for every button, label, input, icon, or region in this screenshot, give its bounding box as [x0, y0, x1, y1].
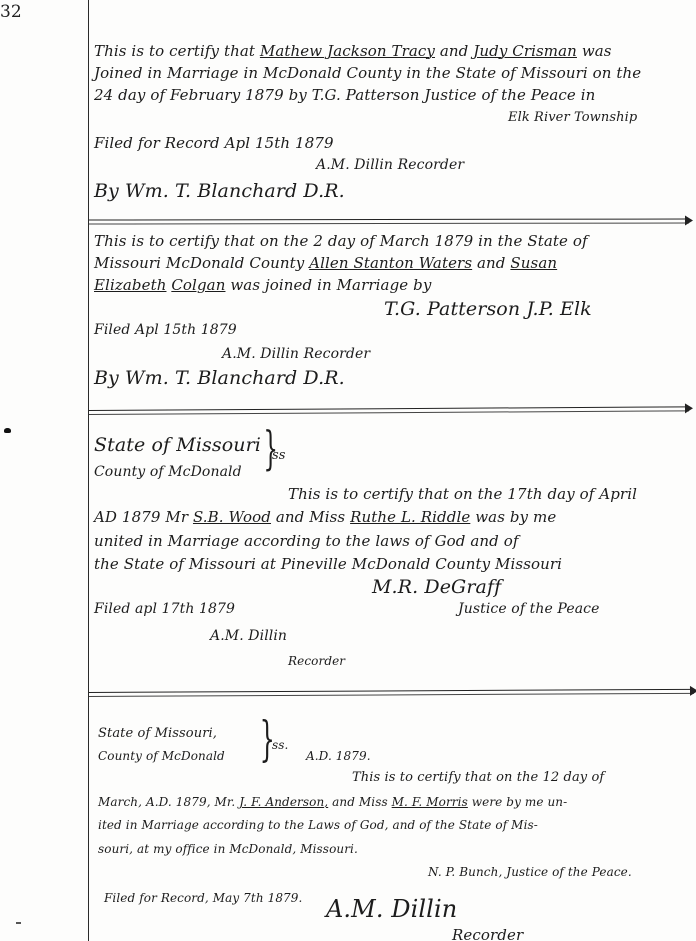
- record-4-venue-ss: ss.: [272, 738, 288, 752]
- divider-arrow-icon: [690, 686, 696, 696]
- line-text: was joined in Marriage by: [225, 276, 431, 294]
- line-text: Missouri McDonald County: [94, 254, 309, 272]
- line-text: were by me un-: [468, 795, 567, 809]
- line-text: and: [435, 42, 473, 60]
- recorded-name: Judy Crisman: [473, 42, 577, 60]
- line-text: ited in Marriage according to the Laws o…: [98, 818, 538, 832]
- recorded-name: Mathew Jackson Tracy: [260, 42, 435, 60]
- record-3-officiant-title: Justice of the Peace: [458, 601, 599, 617]
- record-2-recorder: A.M. Dillin Recorder: [222, 346, 370, 362]
- recorded-name: Susan: [510, 254, 557, 272]
- record-3-recorder-title: Recorder: [288, 654, 345, 668]
- page-number: 32: [0, 2, 22, 22]
- section-divider: [89, 689, 694, 697]
- recorded-name: J. F. Anderson,: [239, 795, 328, 809]
- record-3-venue-county: County of McDonald: [94, 464, 242, 480]
- record-3-venue-ss: ss: [272, 448, 286, 463]
- record-3-recorder: A.M. Dillin: [210, 628, 287, 644]
- record-2-line-2: Missouri McDonald County Allen Stanton W…: [94, 254, 557, 272]
- recorded-name: Ruthe L. Riddle: [350, 508, 470, 526]
- record-4-line-2: March, A.D. 1879, Mr. J. F. Anderson, an…: [98, 795, 567, 809]
- record-4-date: A.D. 1879.: [306, 749, 371, 763]
- record-4-recorder: A.M. Dillin: [326, 895, 457, 923]
- line-text: the State of Missouri at Pineville McDon…: [94, 555, 562, 573]
- record-4-line-4: souri, at my office in McDonald, Missour…: [98, 842, 358, 856]
- line-text: This is to certify that: [94, 42, 260, 60]
- record-3-line-3: united in Marriage according to the laws…: [94, 532, 519, 550]
- record-3-venue-state: State of Missouri: [94, 434, 261, 456]
- recorded-name: M. F. Morris: [392, 795, 468, 809]
- margin-rule: [88, 0, 89, 941]
- record-4-officiant: N. P. Bunch, Justice of the Peace.: [428, 865, 632, 879]
- line-text: 24 day of February 1879 by T.G. Patterso…: [94, 86, 595, 104]
- record-2-line-3: Elizabeth Colgan was joined in Marriage …: [94, 276, 431, 294]
- record-4-line-1: This is to certify that on the 12 day of: [352, 770, 604, 785]
- line-text: Joined in Marriage in McDonald County in…: [94, 64, 641, 82]
- line-text: and Miss: [271, 508, 350, 526]
- line-text: AD 1879 Mr: [94, 508, 193, 526]
- line-text: was: [577, 42, 612, 60]
- record-1-deputy: By Wm. T. Blanchard D.R.: [94, 180, 345, 202]
- recorded-name: Allen Stanton Waters: [309, 254, 472, 272]
- section-divider: [89, 406, 689, 415]
- section-divider: [89, 218, 689, 224]
- recorded-name: Elizabeth: [94, 276, 166, 294]
- record-2-officiant: T.G. Patterson J.P. Elk: [384, 298, 592, 320]
- line-text: This is to certify that on the 17th day …: [288, 485, 637, 503]
- line-text: This is to certify that on the 2 day of …: [94, 232, 588, 250]
- divider-arrow-icon: [685, 215, 693, 225]
- line-text: souri, at my office in McDonald, Missour…: [98, 842, 358, 856]
- record-1-line-3: 24 day of February 1879 by T.G. Patterso…: [94, 86, 595, 104]
- record-1-line-2: Joined in Marriage in McDonald County in…: [94, 64, 641, 82]
- record-1-line-1: This is to certify that Mathew Jackson T…: [94, 42, 612, 60]
- record-4-filed: Filed for Record, May 7th 1879.: [104, 891, 302, 905]
- record-4-venue-state: State of Missouri,: [98, 726, 217, 741]
- ledger-page: 32 This is to certify that Mathew Jackso…: [0, 0, 696, 941]
- line-text: and: [472, 254, 510, 272]
- record-3-line-1: This is to certify that on the 17th day …: [288, 485, 637, 503]
- line-text: united in Marriage according to the laws…: [94, 532, 519, 550]
- line-text: Elk River Township: [508, 110, 637, 125]
- record-1-filed: Filed for Record Apl 15th 1879: [94, 134, 334, 152]
- record-3-officiant: M.R. DeGraff: [372, 576, 501, 598]
- record-1-line-4: Elk River Township: [508, 110, 637, 125]
- record-1-recorder: A.M. Dillin Recorder: [316, 157, 464, 173]
- record-3-line-2: AD 1879 Mr S.B. Wood and Miss Ruthe L. R…: [94, 508, 556, 526]
- record-3-filed: Filed apl 17th 1879: [94, 601, 235, 617]
- record-2-filed: Filed Apl 15th 1879: [94, 322, 237, 338]
- record-3-line-4: the State of Missouri at Pineville McDon…: [94, 555, 562, 573]
- ink-mark: [16, 922, 21, 924]
- divider-arrow-icon: [685, 403, 693, 413]
- record-2-line-1: This is to certify that on the 2 day of …: [94, 232, 588, 250]
- recorded-name: S.B. Wood: [193, 508, 271, 526]
- ink-blot: [4, 428, 11, 433]
- recorded-name: Colgan: [171, 276, 225, 294]
- record-4-recorder-title: Recorder: [452, 926, 523, 941]
- record-4-venue-county: County of McDonald: [98, 749, 225, 763]
- line-text: This is to certify that on the 12 day of: [352, 770, 604, 785]
- line-text: and Miss: [328, 795, 391, 809]
- line-text: was by me: [470, 508, 556, 526]
- line-text: March, A.D. 1879, Mr.: [98, 795, 239, 809]
- record-2-deputy: By Wm. T. Blanchard D.R.: [94, 367, 345, 389]
- record-4-line-3: ited in Marriage according to the Laws o…: [98, 818, 538, 832]
